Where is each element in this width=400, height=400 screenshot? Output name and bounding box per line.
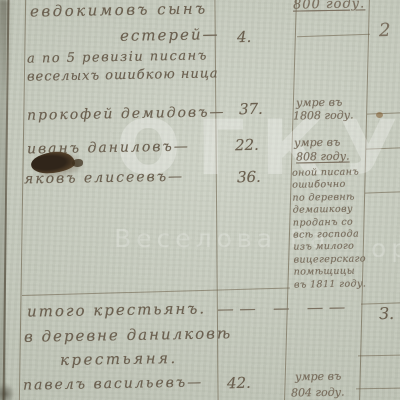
person-note-line: 808 году. [296,150,350,164]
manuscript-scan: ОГКУ Веселова Ра ор евдокимовъ сынъ 800 … [0,0,400,400]
entry-patronymic-line: евдокимовъ сынъ [30,0,208,21]
row-line-right-2 [366,147,400,149]
row-line-right-6 [356,388,400,390]
year-note: 800 году. [293,0,366,13]
ink-blot-small [72,159,83,167]
village-heading-line1: в деревне данилковѣ [24,324,232,346]
entry-age-value: 4. [237,28,252,46]
person-note-line: умре въ [295,370,342,384]
person-name: прокофей демидовъ— [27,104,226,123]
revision-note-line1: а по 5 ревизіи писанъ [27,48,208,66]
person-age: 36. [237,168,261,186]
person-note-line: умре въ [294,136,341,150]
totals-count: З. [379,304,394,323]
row-line-right-5 [358,355,400,357]
person-age: 22. [235,136,259,154]
row-line-right-1 [367,112,400,114]
stain-dot [376,112,383,118]
person-note-line: вицегерскаго [293,253,371,267]
person-note-line: 1808 году. [293,108,354,122]
person-age: 42. [227,374,251,392]
person-name: павелъ васильевъ— [23,374,203,393]
person-note-line: умре въ [296,96,343,110]
archive-watermark-subtitle-right: ор [371,234,400,263]
totals-label: итого крестьянъ. [27,299,206,320]
person-note-line: въ 1811 году. [294,278,372,292]
totals-dashes: ―― ― ―― [218,298,352,318]
right-column-count-top: 2 [379,20,391,41]
row-line-totals [22,288,290,296]
village-heading-line2: крестьяня. [60,349,178,369]
person-note-line: 804 году. [291,386,345,400]
revision-note-line2: веселыхъ ошибкою ница [27,66,219,84]
person-note-block: оной писанъ ошибочно по деревнѣ демашков… [292,166,372,291]
row-line-top-note [297,34,370,38]
entry-name-line: естерей— [120,25,220,45]
person-age: 37. [239,100,263,118]
